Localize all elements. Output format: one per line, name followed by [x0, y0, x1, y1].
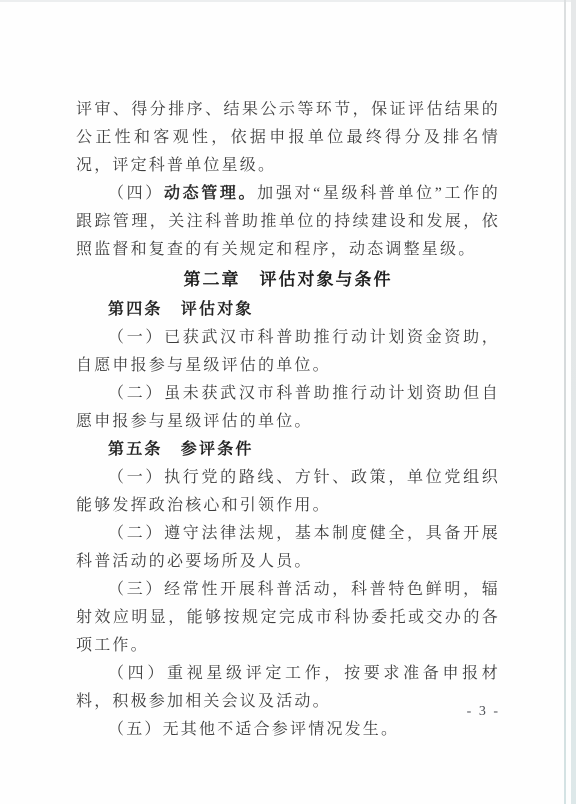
chapter-2-heading: 第二章 评估对象与条件: [76, 265, 500, 295]
scanned-document-page: 评审、得分排序、结果公示等环节，保证评估结果的公正性和客观性，依据申报单位最终得…: [0, 0, 576, 804]
article-4-heading: 第四条 评估对象: [76, 296, 500, 324]
article-4-item-1: （一）已获武汉市科普助推行动计划资金资助，自愿申报参与星级评估的单位。: [76, 324, 500, 380]
scan-right-edge-strip: [571, 0, 576, 804]
item-lead-bold: 动态管理。: [164, 185, 257, 202]
article-4-item-2: （二）虽未获武汉市科普助推行动计划资助但自愿申报参与星级评估的单位。: [76, 380, 500, 436]
article-5-item-3: （三）经常性开展科普活动，科普特色鲜明，辐射效应明显，能够按规定完成市科协委托或…: [76, 576, 500, 660]
paragraph-item-4-dynamic-management: （四）动态管理。加强对“星级科普单位”工作的跟踪管理，关注科普助推单位的持续建设…: [76, 180, 500, 264]
scan-top-edge: [0, 0, 576, 2]
article-5-heading: 第五条 参评条件: [76, 436, 500, 464]
article-5-item-4: （四）重视星级评定工作，按要求准备申报材料，积极参加相关会议及活动。: [76, 660, 500, 716]
paragraph-continuation: 评审、得分排序、结果公示等环节，保证评估结果的公正性和客观性，依据申报单位最终得…: [76, 96, 500, 180]
page-number: - 3 -: [467, 704, 500, 720]
scan-right-edge-line: [564, 0, 566, 804]
article-5-item-1: （一）执行党的路线、方针、政策，单位党组织能够发挥政治核心和引领作用。: [76, 464, 500, 520]
document-content: 评审、得分排序、结果公示等环节，保证评估结果的公正性和客观性，依据申报单位最终得…: [76, 96, 500, 744]
item-number: （四）: [108, 185, 164, 202]
article-5-item-2: （二）遵守法律法规，基本制度健全，具备开展科普活动的必要场所及人员。: [76, 520, 500, 576]
article-5-item-5: （五）无其他不适合参评情况发生。: [76, 716, 500, 744]
